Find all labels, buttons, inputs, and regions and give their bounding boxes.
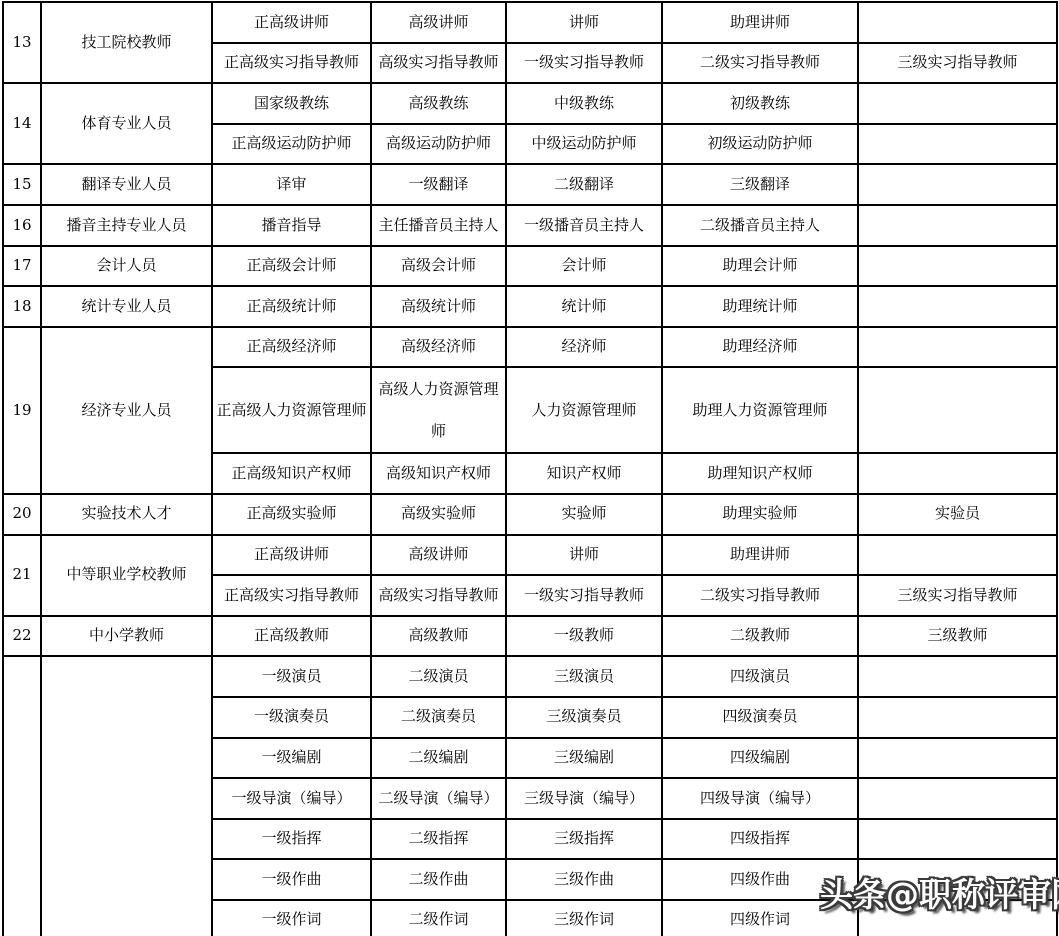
table-row: 21中等职业学校教师正高级讲师高级讲师讲师助理讲师	[3, 535, 1057, 576]
title-cell: 正高级经济师	[212, 327, 371, 368]
title-cell: 三级实习指导教师	[858, 575, 1057, 616]
category-cell: 播音主持专业人员	[41, 205, 212, 246]
table-row: 一级演员二级演员三级演员四级演员	[3, 656, 1057, 697]
title-cell: 四级演员	[662, 656, 858, 697]
title-cell: 二级作词	[371, 900, 506, 936]
title-cell: 高级实习指导教师	[371, 43, 506, 84]
title-cell: 正高级运动防护师	[212, 124, 371, 165]
category-cell: 会计人员	[41, 246, 212, 287]
title-cell: 一级播音员主持人	[506, 205, 662, 246]
row-number-cell	[3, 656, 41, 936]
category-cell: 中小学教师	[41, 616, 212, 657]
title-cell: 二级教师	[662, 616, 858, 657]
title-cell: 正高级教师	[212, 616, 371, 657]
table-row: 14体育专业人员国家级教练高级教练中级教练初级教练	[3, 83, 1057, 124]
title-cell: 高级教师	[371, 616, 506, 657]
row-number-cell: 20	[3, 494, 41, 535]
title-cell: 正高级实习指导教师	[212, 43, 371, 84]
title-cell: 三级指挥	[506, 819, 662, 860]
title-cell: 一级编剧	[212, 738, 371, 779]
title-cell: 三级作词	[506, 900, 662, 936]
table-row: 13技工院校教师正高级讲师高级讲师讲师助理讲师	[3, 2, 1057, 43]
title-cell: 三级教师	[858, 616, 1057, 657]
table-row: 19经济专业人员正高级经济师高级经济师经济师助理经济师	[3, 327, 1057, 368]
title-cell: 主任播音员主持人	[371, 205, 506, 246]
title-cell: 中级运动防护师	[506, 124, 662, 165]
title-cell: 高级实验师	[371, 494, 506, 535]
row-number-cell: 13	[3, 2, 41, 83]
title-cell: 四级编剧	[662, 738, 858, 779]
category-cell: 中等职业学校教师	[41, 535, 212, 616]
title-cell: 会计师	[506, 246, 662, 287]
title-cell: 二级导演（编导）	[371, 778, 506, 819]
title-cell: 三级实习指导教师	[858, 43, 1057, 84]
title-cell: 助理讲师	[662, 2, 858, 43]
title-cell: 助理统计师	[662, 286, 858, 327]
title-cell: 正高级统计师	[212, 286, 371, 327]
title-cell: 高级会计师	[371, 246, 506, 287]
title-cell: 助理知识产权师	[662, 453, 858, 494]
title-cell: 一级导演（编导）	[212, 778, 371, 819]
title-cell: 四级导演（编导）	[662, 778, 858, 819]
category-cell: 体育专业人员	[41, 83, 212, 164]
row-number-cell: 15	[3, 164, 41, 205]
title-cell: 一级作词	[212, 900, 371, 936]
title-cell	[858, 205, 1057, 246]
title-cell: 高级教练	[371, 83, 506, 124]
row-number-cell: 18	[3, 286, 41, 327]
title-cell: 一级实习指导教师	[506, 43, 662, 84]
table-row: 22中小学教师正高级教师高级教师一级教师二级教师三级教师	[3, 616, 1057, 657]
title-cell: 译审	[212, 164, 371, 205]
title-cell	[858, 535, 1057, 576]
title-cell: 三级演员	[506, 656, 662, 697]
title-cell: 初级教练	[662, 83, 858, 124]
category-cell: 翻译专业人员	[41, 164, 212, 205]
title-cell: 一级指挥	[212, 819, 371, 860]
title-cell: 助理实验师	[662, 494, 858, 535]
title-cell	[858, 2, 1057, 43]
title-cell: 一级演员	[212, 656, 371, 697]
title-cell: 三级导演（编导）	[506, 778, 662, 819]
title-cell: 二级编剧	[371, 738, 506, 779]
row-number-cell: 21	[3, 535, 41, 616]
table-row: 15翻译专业人员译审一级翻译二级翻译三级翻译	[3, 164, 1057, 205]
title-cell: 一级作曲	[212, 859, 371, 900]
row-number-cell: 19	[3, 327, 41, 494]
title-cell: 初级运动防护师	[662, 124, 858, 165]
title-cell: 讲师	[506, 2, 662, 43]
title-grade-table-body: 13技工院校教师正高级讲师高级讲师讲师助理讲师正高级实习指导教师高级实习指导教师…	[3, 2, 1057, 936]
table-row: 20实验技术人才正高级实验师高级实验师实验师助理实验师实验员	[3, 494, 1057, 535]
title-cell: 一级翻译	[371, 164, 506, 205]
category-cell: 技工院校教师	[41, 2, 212, 83]
title-cell	[858, 246, 1057, 287]
title-cell: 经济师	[506, 327, 662, 368]
title-cell	[858, 778, 1057, 819]
title-cell: 国家级教练	[212, 83, 371, 124]
title-cell	[858, 327, 1057, 368]
title-cell: 正高级会计师	[212, 246, 371, 287]
title-grade-table: 13技工院校教师正高级讲师高级讲师讲师助理讲师正高级实习指导教师高级实习指导教师…	[2, 1, 1058, 936]
title-cell: 二级翻译	[506, 164, 662, 205]
title-cell	[858, 697, 1057, 738]
row-number-cell: 17	[3, 246, 41, 287]
title-cell: 正高级讲师	[212, 2, 371, 43]
title-cell: 高级讲师	[371, 535, 506, 576]
title-cell: 实验师	[506, 494, 662, 535]
category-cell: 经济专业人员	[41, 327, 212, 494]
title-cell	[858, 656, 1057, 697]
title-cell: 正高级实验师	[212, 494, 371, 535]
category-cell: 实验技术人才	[41, 494, 212, 535]
title-cell	[858, 124, 1057, 165]
title-cell: 三级演奏员	[506, 697, 662, 738]
category-cell	[41, 656, 212, 936]
table-row: 16播音主持专业人员播音指导主任播音员主持人一级播音员主持人二级播音员主持人	[3, 205, 1057, 246]
watermark: 头条@职称评审网	[820, 869, 1059, 916]
title-cell	[858, 453, 1057, 494]
title-cell: 高级知识产权师	[371, 453, 506, 494]
title-cell: 二级演奏员	[371, 697, 506, 738]
title-cell: 三级编剧	[506, 738, 662, 779]
title-cell	[858, 819, 1057, 860]
title-cell: 正高级知识产权师	[212, 453, 371, 494]
title-cell: 一级实习指导教师	[506, 575, 662, 616]
title-cell: 统计师	[506, 286, 662, 327]
title-cell: 二级演员	[371, 656, 506, 697]
title-cell: 一级教师	[506, 616, 662, 657]
title-cell: 四级演奏员	[662, 697, 858, 738]
title-cell: 实验员	[858, 494, 1057, 535]
title-cell: 播音指导	[212, 205, 371, 246]
title-cell: 高级经济师	[371, 327, 506, 368]
title-cell: 高级统计师	[371, 286, 506, 327]
title-cell: 正高级讲师	[212, 535, 371, 576]
title-cell: 高级讲师	[371, 2, 506, 43]
title-cell	[858, 164, 1057, 205]
category-cell: 统计专业人员	[41, 286, 212, 327]
title-cell: 助理讲师	[662, 535, 858, 576]
title-cell: 正高级人力资源管理师	[212, 367, 371, 453]
row-number-cell: 14	[3, 83, 41, 164]
title-cell: 三级翻译	[662, 164, 858, 205]
title-cell	[858, 286, 1057, 327]
title-cell: 知识产权师	[506, 453, 662, 494]
row-number-cell: 22	[3, 616, 41, 657]
title-cell: 三级作曲	[506, 859, 662, 900]
title-cell: 高级实习指导教师	[371, 575, 506, 616]
title-cell: 二级实习指导教师	[662, 43, 858, 84]
title-cell: 二级实习指导教师	[662, 575, 858, 616]
title-cell	[858, 738, 1057, 779]
title-cell: 正高级实习指导教师	[212, 575, 371, 616]
title-cell: 助理人力资源管理师	[662, 367, 858, 453]
title-cell: 中级教练	[506, 83, 662, 124]
title-cell: 助理经济师	[662, 327, 858, 368]
table-row: 18统计专业人员正高级统计师高级统计师统计师助理统计师	[3, 286, 1057, 327]
title-cell: 四级指挥	[662, 819, 858, 860]
title-cell: 助理会计师	[662, 246, 858, 287]
title-cell: 高级运动防护师	[371, 124, 506, 165]
table-row: 17会计人员正高级会计师高级会计师会计师助理会计师	[3, 246, 1057, 287]
title-cell	[858, 367, 1057, 453]
title-cell: 一级演奏员	[212, 697, 371, 738]
title-cell: 讲师	[506, 535, 662, 576]
title-cell: 二级指挥	[371, 819, 506, 860]
title-cell	[858, 83, 1057, 124]
title-cell: 二级播音员主持人	[662, 205, 858, 246]
title-cell: 人力资源管理师	[506, 367, 662, 453]
title-cell: 高级人力资源管理师	[371, 367, 506, 453]
title-cell: 二级作曲	[371, 859, 506, 900]
row-number-cell: 16	[3, 205, 41, 246]
